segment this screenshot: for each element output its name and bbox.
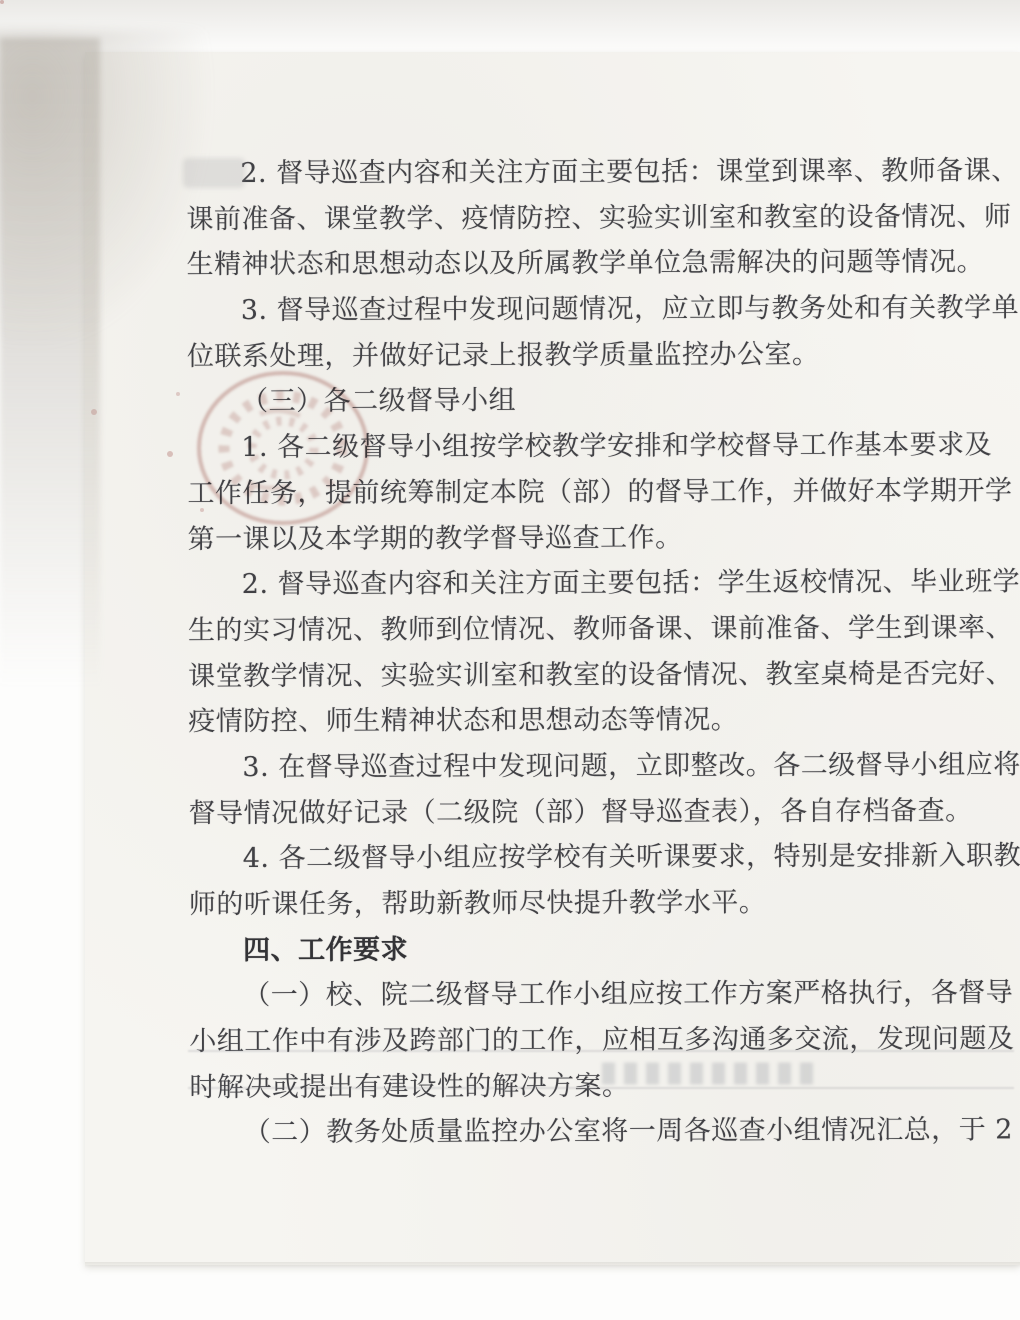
text-line: 4. 各二级督导小组应按学校有关听课要求，特别是安排新入职教: [189, 834, 861, 882]
stamp-ink-speckles: [0, 0, 4, 4]
text-line: 工作任务，提前统筹制定本院（部）的督导工作，并做好本学期开学: [187, 469, 859, 517]
text-line: 小组工作中有涉及跨部门的工作，应相互多沟通多交流，发现问题及: [189, 1017, 861, 1065]
text-line: 课前准备、课堂教学、疫情防控、实验实训室和教室的设备情况、师: [186, 195, 858, 243]
text-line: 第一课以及本学期的教学督导巡查工作。: [188, 514, 860, 562]
scan-background: { "doc": { "lines": [ {"text": "2. 督导巡查内…: [0, 0, 1020, 1320]
text-line: 3. 在督导巡查过程中发现问题，立即整改。各二级督导小组应将: [188, 743, 860, 791]
text-line: 课堂教学情况、实验实训室和教室的设备情况、教室桌椅是否完好、: [188, 651, 860, 699]
text-line: 3. 督导巡查过程中发现问题情况，应立即与教务处和有关教学单: [187, 286, 859, 334]
text-line: 督导情况做好记录（二级院（部）督导巡查表），各自存档备查。: [188, 788, 860, 836]
text-line: （二）教务处质量监控办公室将一周各巡查小组情况汇总，于 2: [190, 1108, 862, 1156]
section-heading: 四、工作要求: [189, 926, 861, 974]
scan-top-shading: [0, 0, 1020, 54]
text-line: 2. 督导巡查内容和关注方面主要包括：学生返校情况、毕业班学: [188, 560, 860, 608]
text-line: 时解决或提出有建设性的解决方案。: [189, 1063, 861, 1111]
text-line: （一）校、院二级督导工作小组应按工作方案严格执行，各督导: [189, 971, 861, 1019]
text-line: 生的实习情况、教师到位情况、教师备课、课前准备、学生到课率、: [188, 606, 860, 654]
text-line: 2. 督导巡查内容和关注方面主要包括：课堂到课率、教师备课、: [186, 149, 858, 197]
body-text: 2. 督导巡查内容和关注方面主要包括：课堂到课率、教师备课、 课前准备、课堂教学…: [186, 149, 862, 1156]
text-line: 位联系处理，并做好记录上报教学质量监控办公室。: [187, 332, 859, 380]
text-line: 生精神状态和思想动态以及所属教学单位急需解决的问题等情况。: [187, 240, 859, 288]
text-line: 1. 各二级督导小组按学校教学安排和学校督导工作基本要求及: [187, 423, 859, 471]
text-line: （三）各二级督导小组: [187, 377, 859, 425]
text-line: 疫情防控、师生精神状态和思想动态等情况。: [188, 697, 860, 745]
text-line: 师的听课任务，帮助新教师尽快提升教学水平。: [189, 880, 861, 928]
